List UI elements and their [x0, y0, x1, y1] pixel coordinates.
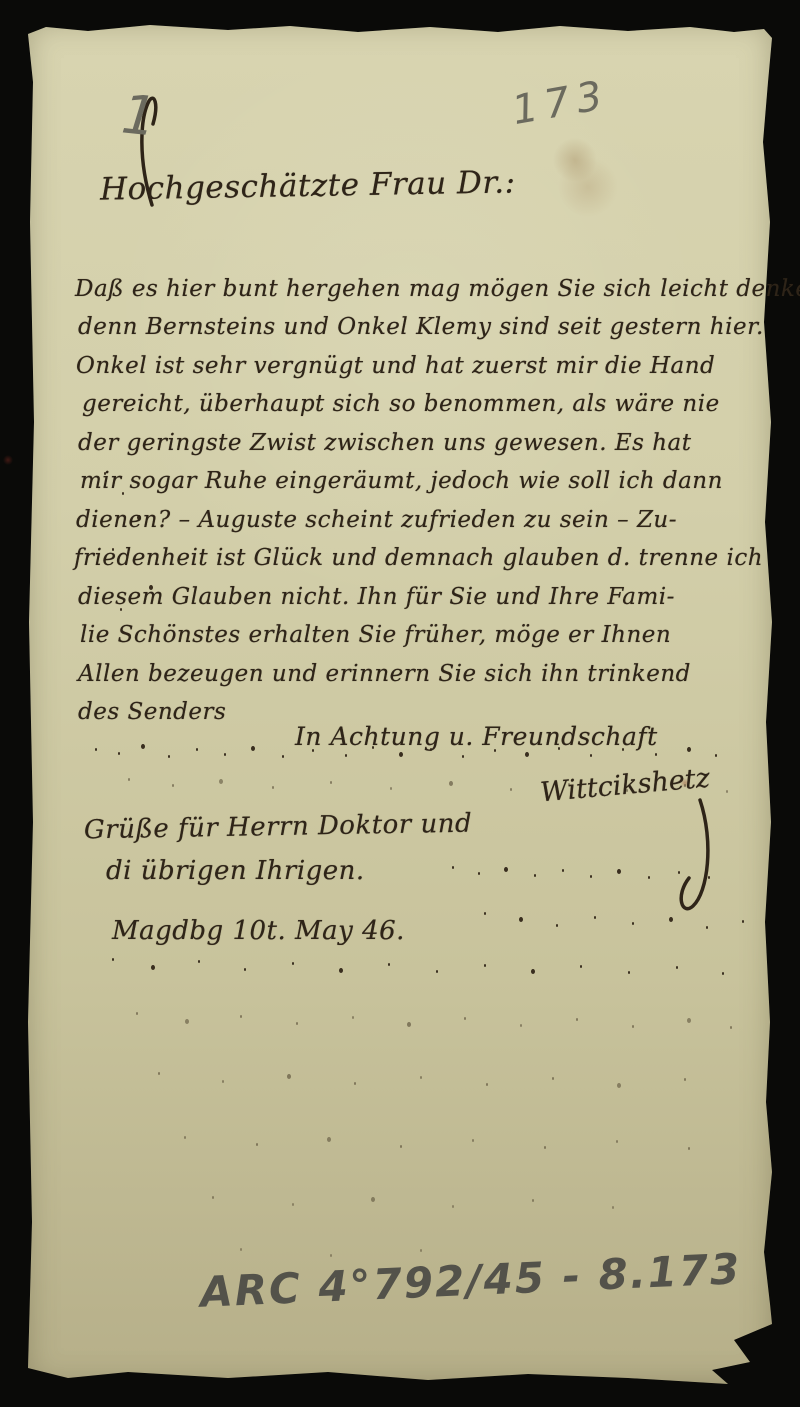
handwriting-line: friedenheit ist Glück und demnach glaube… [74, 545, 763, 571]
handwriting-line: gereicht, überhaupt sich so benommen, al… [82, 391, 720, 417]
page-number-annotation: 1 [119, 82, 160, 148]
salutation-line: Hochgeschätzte Frau Dr.: [100, 164, 516, 207]
handwriting-line: denn Bernsteins und Onkel Klemy sind sei… [78, 314, 764, 340]
date-line: Magdbg 10t. May 46. [112, 916, 405, 946]
ink-specks-layer-faint [0, 0, 2, 3]
postscript-line: di übrigen Ihrigen. [106, 856, 365, 886]
handwriting-line: mir sogar Ruhe eingeräumt, jedoch wie so… [80, 468, 723, 494]
handwriting-line: des Senders [78, 699, 226, 725]
handwriting-line: Allen bezeugen und erinnern Sie sich ihn… [78, 661, 691, 687]
torn-corner-chip [766, 1364, 782, 1382]
handwriting-line: dienen? – Auguste scheint zufrieden zu s… [76, 507, 677, 533]
handwriting-line: Onkel ist sehr vergnügt und hat zuerst m… [76, 353, 715, 379]
scan-background: 1 173 Hochgeschätzte Frau Dr.: Daß es hi… [0, 0, 800, 1407]
handwriting-line: Daß es hier bunt hergehen mag mögen Sie … [75, 276, 800, 302]
closing-line: In Achtung u. Freundschaft [295, 722, 658, 751]
handwriting-line: lie Schönstes erhalten Sie früher, möge … [80, 622, 671, 648]
handwriting-line: diesem Glauben nicht. Ihn für Sie und Ih… [78, 584, 675, 610]
handwriting-line: der geringste Zwist zwischen uns gewesen… [78, 430, 692, 456]
